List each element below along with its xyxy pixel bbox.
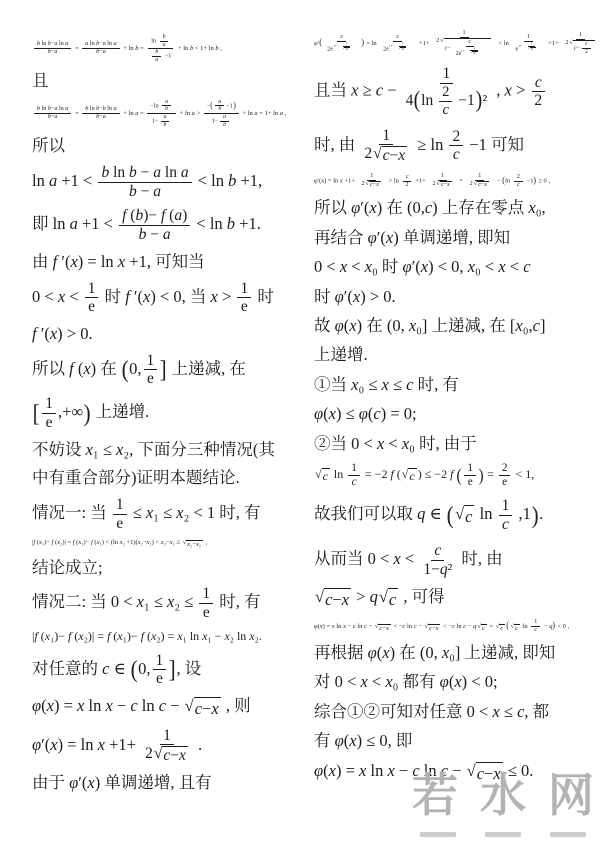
math-line: 所以 bbox=[32, 135, 304, 156]
math-line: 0 < x < 1e 时 f ′(x) < 0, 当 x > 1e 时 bbox=[32, 280, 304, 317]
math-line: 不妨设 x₁ ≤ x₂, 下面分三种情况(其 bbox=[32, 439, 304, 460]
math-line: 且 bbox=[32, 70, 304, 91]
math-line: |f (x₁)− f (x₂)| = f (x₁)− f (x₂) = x₁ l… bbox=[32, 629, 304, 645]
math-line: 故我们可以取 q ∈ (√c ln 1c ,1). bbox=[314, 497, 592, 534]
math-line: 对 0 < x < x₀ 都有 φ(x) < 0; bbox=[314, 671, 592, 692]
math-line: 由于 φ′(x) 单调递增, 且有 bbox=[32, 772, 304, 793]
math-line: φ′(x) = ln x +1+ 12√c−x > ln c2 +1+ 12√c… bbox=[314, 173, 592, 189]
math-line: 上递增. bbox=[314, 344, 592, 365]
math-line: ①当 x₀ ≤ x ≤ c 时, 有 bbox=[314, 374, 592, 395]
math-line: 所以 f (x) 在 (0,1e] 上递减, 在 bbox=[32, 352, 304, 389]
math-line: 情况二: 当 0 < x₁ ≤ x₂ ≤ 1e 时, 有 bbox=[32, 585, 304, 622]
math-line: φ′(x) = ln x +1+ 12√c−x . bbox=[32, 727, 304, 766]
math-line: 所以 φ′(x) 在 (0,c) 上存在零点 x₀, bbox=[314, 197, 592, 218]
math-line: b ln b−a ln ab−a = a ln b−a ln ab−a + ln… bbox=[32, 34, 304, 63]
math-line: 时, 由 12√c−x ≥ ln 2c −1 可知 bbox=[314, 127, 592, 166]
math-line: 中有重合部分)证明本题结论. bbox=[32, 467, 304, 488]
math-line: 情况一: 当 1e ≤ x₁ ≤ x₂ < 1 时, 有 bbox=[32, 496, 304, 533]
math-line: ln a +1 < b ln b − a ln ab − a < ln b +1… bbox=[32, 164, 304, 201]
math-line: 再结合 φ′(x) 单调递增, 即知 bbox=[314, 227, 592, 248]
watermark-subtext-bar bbox=[550, 832, 586, 837]
math-line: 从而当 0 < x < c1−q² 时, 由 bbox=[314, 542, 592, 579]
math-line: φ(x) = x ln x − c ln c − √c−x , 则 bbox=[32, 695, 304, 719]
math-line: 综合①②可知对任意 0 < x ≤ c, 都 bbox=[314, 701, 592, 722]
math-line: 故 φ(x) 在 (0, x₀] 上递减, 在 [x₀,c] bbox=[314, 315, 592, 336]
watermark-subtext bbox=[412, 832, 594, 837]
math-line: 由 f ′(x) = ln x +1, 可知当 bbox=[32, 251, 304, 272]
math-line: b ln b−a ln ab−a = b ln b−b ln ab−a + ln… bbox=[32, 99, 304, 128]
document-page: b ln b−a ln ab−a = a ln b−a ln ab−a + ln… bbox=[0, 0, 600, 849]
watermark-text: 若水网 bbox=[412, 759, 600, 825]
watermark-subtext-bar bbox=[420, 832, 456, 837]
left-column: b ln b−a ln ab−a = a ln b−a ln ab−a + ln… bbox=[32, 34, 304, 794]
math-line: |f (x₁)− f (x₂)| = f (x₂)− f (x₁) < (ln … bbox=[32, 539, 304, 549]
math-line: φ′(c2e1+1√2c) = ln c2e1+1√2c +1+ 12√c−c2… bbox=[314, 30, 592, 57]
watermark-subtext-bar bbox=[485, 832, 521, 837]
math-line: 对任意的 c ∈ (0,1e], 设 bbox=[32, 652, 304, 689]
math-line: 有 φ(x) ≤ 0, 即 bbox=[314, 730, 592, 751]
math-line: ②当 0 < x < x₀ 时, 由于 bbox=[314, 433, 592, 454]
right-column: φ′(c2e1+1√2c) = ln c2e1+1√2c +1+ 12√c−c2… bbox=[314, 30, 592, 784]
math-line: √c−x > q√c , 可得 bbox=[314, 586, 592, 610]
math-line: 再根据 φ(x) 在 (0, x₀] 上递减, 即知 bbox=[314, 642, 592, 663]
math-line: φ(x) ≤ φ(c) = 0; bbox=[314, 403, 592, 424]
math-line: 结论成立; bbox=[32, 557, 304, 578]
math-line: 0 < x < x₀ 时 φ′(x) < 0, x₀ < x < c bbox=[314, 256, 592, 277]
math-line: φ(x) = x ln x − c ln c − √c−x < −c ln c … bbox=[314, 619, 592, 634]
math-line: 即 ln a +1 < f (b)− f (a)b − a < ln b +1. bbox=[32, 207, 304, 244]
math-line: [1e,+∞) 上递增. bbox=[32, 395, 304, 432]
math-line: f ′(x) > 0. bbox=[32, 323, 304, 344]
math-line: 时 φ′(x) > 0. bbox=[314, 286, 592, 307]
watermark: 若水网 bbox=[412, 759, 594, 837]
math-line: √c ln 1c = −2 f (√c) ≤ −2 f (1e) = 2e < … bbox=[314, 462, 592, 489]
math-line: 且当 x ≥ c − 14(ln 2c −1)² , x > c2 bbox=[314, 65, 592, 118]
